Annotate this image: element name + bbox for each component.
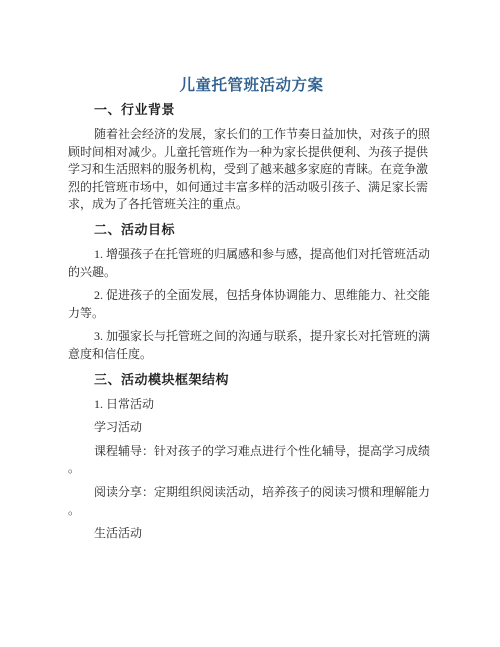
section-heading-industry-background: 一、行业背景 — [68, 100, 435, 120]
section-heading-activity-goals: 二、活动目标 — [68, 220, 435, 240]
document-page: 儿童托管班活动方案 一、行业背景 随着社会经济的发展，家长们的工作节奏日益加快，… — [0, 0, 500, 647]
paragraph-life-activities: 生活活动 — [68, 525, 435, 543]
paragraph-goal-1: 1. 增强孩子在托管班的归属感和参与感，提高他们对托管班活动 的兴趣。 — [68, 246, 435, 281]
paragraph-course-tutoring: 课程辅导：针对孩子的学习难点进行个性化辅导，提高学习成绩 。 — [68, 443, 435, 478]
paragraph-goal-2: 2. 促进孩子的全面发展，包括身体协调能力、思维能力、社交能 力等。 — [68, 287, 435, 322]
paragraph-industry-background: 随着社会经济的发展，家长们的工作节奏日益加快，对孩子的照 顾时间相对减少。儿童托… — [68, 126, 435, 214]
document-title: 儿童托管班活动方案 — [68, 75, 435, 97]
paragraph-reading-sharing: 阅读分享：定期组织阅读活动，培养孩子的阅读习惯和理解能力 。 — [68, 484, 435, 519]
paragraph-daily-activities: 1. 日常活动 — [68, 396, 435, 414]
paragraph-learning-activities: 学习活动 — [68, 419, 435, 437]
section-heading-module-framework: 三、活动模块框架结构 — [68, 370, 435, 390]
paragraph-goal-3: 3. 加强家长与托管班之间的沟通与联系，提升家长对托管班的满 意度和信任度。 — [68, 328, 435, 363]
